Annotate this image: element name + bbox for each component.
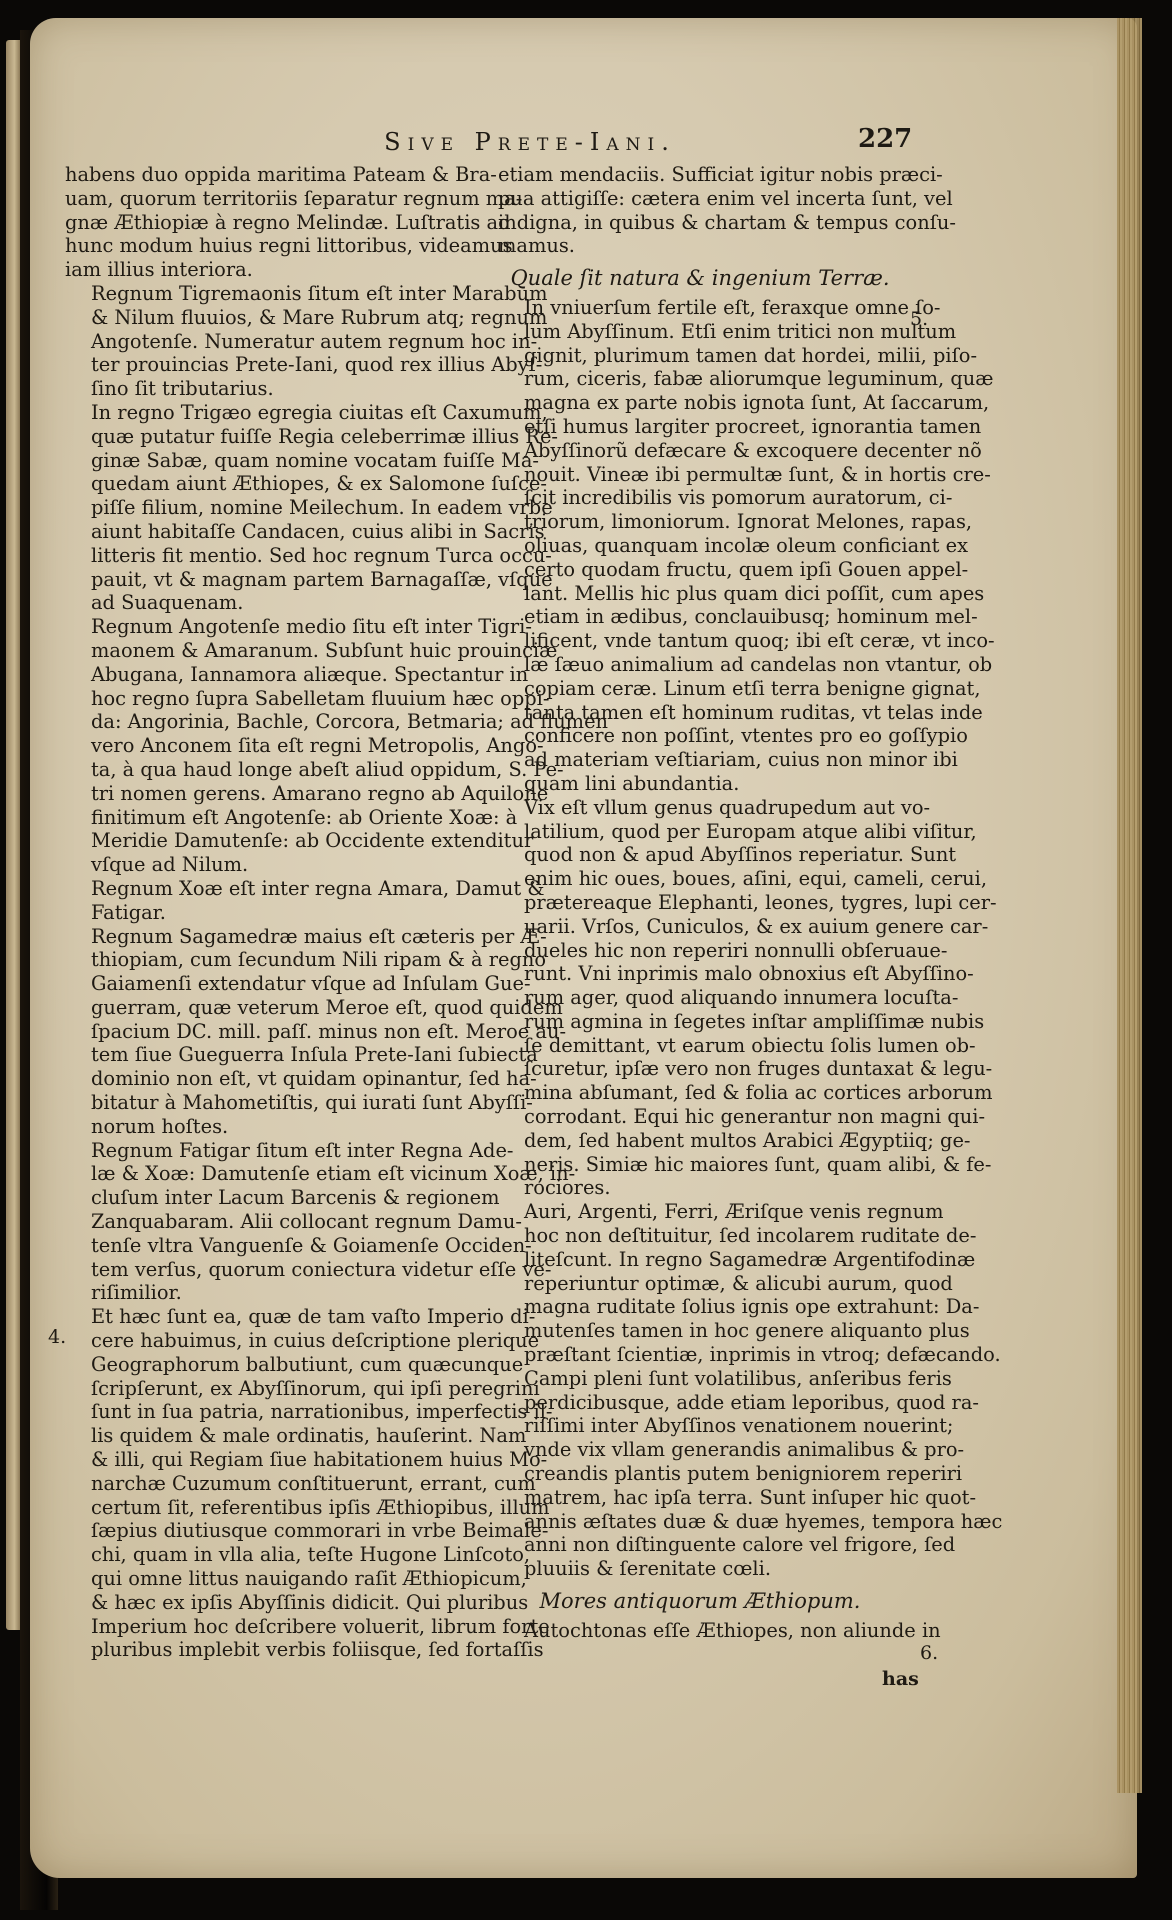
text-line: Regnum Sagamedræ maius eſt cæteris per Æ… — [65, 925, 465, 949]
text-line: tri nomen gerens. Amarano regno ab Aquil… — [65, 782, 465, 806]
text-line: hoc non deſtituitur, ſed incolarem rudit… — [498, 1224, 902, 1248]
text-line: & Nilum fluuios, & Mare Rubrum atq; regn… — [65, 306, 465, 330]
text-line: maonem & Amaranum. Subſunt huic prouinci… — [65, 639, 465, 663]
text-line: hoc regno ſupra Sabelletam fluuium hæc o… — [65, 687, 465, 711]
text-line: aiunt habitaſſe Candacen, cuius alibi in… — [65, 520, 465, 544]
text-line: oliuas, quanquam incolæ oleum conficiant… — [498, 534, 902, 558]
text-line: vſque ad Nilum. — [65, 853, 465, 877]
text-line: Et hæc ſunt ea, quæ de tam vaſto Imperio… — [65, 1305, 465, 1329]
text-line: & illi, qui Regiam ſiue habitationem hui… — [65, 1448, 465, 1472]
paragraph: Auri, Argenti, Ferri, Æriſque venis regn… — [498, 1200, 902, 1367]
text-line: cere habuimus, in cuius deſcriptione ple… — [65, 1329, 465, 1353]
text-line: Vix eſt vllum genus quadrupedum aut vo- — [498, 796, 902, 820]
text-line: ter prouincias Prete-Iani, quod rex illi… — [65, 353, 465, 377]
text-line: triorum, limoniorum. Ignorat Melones, ra… — [498, 510, 902, 534]
text-line: læ & Xoæ: Damutenſe etiam eſt vicinum Xo… — [65, 1162, 465, 1186]
text-line: indigna, in quibus & chartam & tempus co… — [498, 211, 902, 235]
text-line: Regnum Xoæ eſt inter regna Amara, Damut … — [65, 877, 465, 901]
text-line: litteris fit mentio. Sed hoc regnum Turc… — [65, 544, 465, 568]
text-line: uarii. Vrſos, Cuniculos, & ex auium gene… — [498, 915, 902, 939]
page-fore-edge — [1117, 18, 1142, 1793]
text-line: reperiuntur optimæ, & alicubi aurum, quo… — [498, 1272, 902, 1296]
text-line: guerram, quæ veterum Meroe eſt, quod qui… — [65, 996, 465, 1020]
paragraph: Regnum Tigremaonis ſitum eſt inter Marab… — [65, 282, 465, 401]
paragraph: Regnum Fatigar ſitum eſt inter Regna Ade… — [65, 1139, 465, 1306]
text-line: bitatur à Mahometiſtis, qui iurati ſunt … — [65, 1091, 465, 1115]
text-line: matrem, hac ipſa terra. Sunt inſuper hic… — [498, 1486, 902, 1510]
marginal-number-6: 6. — [920, 1642, 938, 1664]
text-line: creandis plantis putem benigniorem reper… — [498, 1462, 902, 1486]
text-line: ad Suaquenam. — [65, 591, 465, 615]
text-line: Regnum Tigremaonis ſitum eſt inter Marab… — [65, 282, 465, 306]
text-line: norum hoſtes. — [65, 1115, 465, 1139]
text-line: riſimilior. — [65, 1281, 465, 1305]
text-line: vero Anconem ſita eſt regni Metropolis, … — [65, 734, 465, 758]
text-line: Regnum Fatigar ſitum eſt inter Regna Ade… — [65, 1139, 465, 1163]
text-line: etſi humus largiter procreet, ignorantia… — [498, 415, 902, 439]
text-line: ſpacium DC. mill. paſſ. minus non eſt. M… — [65, 1020, 465, 1044]
text-line: lificent, vnde tantum quoq; ibi eſt ceræ… — [498, 629, 902, 653]
paragraph: Et hæc ſunt ea, quæ de tam vaſto Imperio… — [65, 1305, 465, 1662]
text-line: copiam ceræ. Linum etſi terra benigne gi… — [498, 677, 902, 701]
text-line: perdicibusque, adde etiam leporibus, quo… — [498, 1391, 902, 1415]
text-line: pauit, vt & magnam partem Barnagaſſæ, vſ… — [65, 568, 465, 592]
text-line: Meridie Damutenſe: ab Occidente extendit… — [65, 829, 465, 853]
text-line: ſunt in ſua patria, narrationibus, imper… — [65, 1400, 465, 1424]
text-line: habens duo oppida maritima Pateam & Bra- — [65, 163, 465, 187]
text-line: præſtant ſcientiæ, inprimis in vtroq; de… — [498, 1343, 902, 1367]
text-line: magna ex parte nobis ignota ſunt, At ſac… — [498, 391, 902, 415]
text-line: hunc modum huius regni littoribus, videa… — [65, 234, 465, 258]
text-line: rum agmina in ſegetes inſtar ampliſſimæ … — [498, 1010, 902, 1034]
text-line: Abugana, Iannamora aliæque. Spectantur i… — [65, 663, 465, 687]
text-line: mutenſes tamen in hoc genere aliquanto p… — [498, 1319, 902, 1343]
text-line: neris. Simiæ hic maiores ſunt, quam alib… — [498, 1153, 902, 1177]
text-line: prætereaque Elephanti, leones, tygres, l… — [498, 891, 902, 915]
previous-page-edge — [6, 40, 20, 1630]
paragraph: Autochtonas eſſe Æthiopes, non aliunde i… — [498, 1619, 902, 1643]
text-line: mamus. — [498, 234, 902, 258]
text-line: quod non & apud Abyſſinos reperiatur. Su… — [498, 843, 902, 867]
text-line: tem verſus, quorum coniectura videtur eſ… — [65, 1258, 465, 1282]
text-line: quæ putatur fuiſſe Regia celeberrimæ ill… — [65, 425, 465, 449]
paragraph: In regno Trigæo egregia ciuitas eſt Caxu… — [65, 401, 465, 615]
text-line: ginæ Sabæ, quam nomine vocatam fuiſſe Ma… — [65, 449, 465, 473]
section-heading: Quale ſit natura & ingenium Terræ. — [498, 267, 902, 291]
text-line: ſcit incredibilis vis pomorum auratorum,… — [498, 486, 902, 510]
text-line: lant. Mellis hic plus quam dici poſſit, … — [498, 582, 902, 606]
text-line: ſæpius diutiusque commorari in vrbe Beim… — [65, 1519, 465, 1543]
text-line: Autochtonas eſſe Æthiopes, non aliunde i… — [498, 1619, 902, 1643]
text-line: tanta tamen eſt hominum ruditas, vt tela… — [498, 701, 902, 725]
paragraph: Campi pleni ſunt volatilibus, anſeribus … — [498, 1367, 902, 1581]
text-line: tem ſiue Gueguerra Inſula Prete-Iani ſub… — [65, 1043, 465, 1067]
text-line: & hæc ex ipſis Abyſſinis didicit. Qui pl… — [65, 1591, 465, 1615]
text-line: Zanquabaram. Alii collocant regnum Damu- — [65, 1210, 465, 1234]
text-line: In regno Trigæo egregia ciuitas eſt Caxu… — [65, 401, 465, 425]
text-line: anni non diſtinguente calore vel frigore… — [498, 1533, 902, 1557]
text-line: certo quodam fructu, quem ipſi Gouen app… — [498, 558, 902, 582]
text-line: pluuiis & ſerenitate cœli. — [498, 1557, 902, 1581]
text-line: lum Abyſſinum. Etſi enim tritici non mul… — [498, 320, 902, 344]
text-line: conficere non poſſint, vtentes pro eo go… — [498, 724, 902, 748]
text-line: Imperium hoc deſcribere voluerit, librum… — [65, 1615, 465, 1639]
text-line: etiam mendaciis. Sufficiat igitur nobis … — [498, 163, 902, 187]
paragraph: Vix eſt vllum genus quadrupedum aut vo-l… — [498, 796, 902, 1201]
text-line: pua attigiſſe: cætera enim vel incerta ſ… — [498, 187, 902, 211]
right-column: etiam mendaciis. Sufficiat igitur nobis … — [498, 163, 902, 1643]
text-line: pluribus implebit verbis foliisque, ſed … — [65, 1638, 465, 1662]
text-line: Regnum Angotenſe medio ſitu eſt inter Ti… — [65, 615, 465, 639]
text-line: finitimum eſt Angotenſe: ab Oriente Xoæ:… — [65, 806, 465, 830]
text-line: latilium, quod per Europam atque alibi v… — [498, 820, 902, 844]
text-line: Geographorum balbutiunt, cum quæcunque — [65, 1353, 465, 1377]
text-line: dominio non eſt, vt quidam opinantur, ſe… — [65, 1067, 465, 1091]
text-line: quam lini abundantia. — [498, 772, 902, 796]
text-line: ſcuretur, ipſæ vero non fruges duntaxat … — [498, 1057, 902, 1081]
text-line: lis quidem & male ordinatis, hauſerint. … — [65, 1424, 465, 1448]
text-line: ad materiam veſtiariam, cuius non minor … — [498, 748, 902, 772]
text-line: In vniuerſum fertile eſt, feraxque omne … — [498, 296, 902, 320]
text-line: uam, quorum territoriis ſeparatur regnum… — [65, 187, 465, 211]
left-column: habens duo oppida maritima Pateam & Bra-… — [65, 163, 465, 1662]
text-line: ſino ſit tributarius. — [65, 377, 465, 401]
text-line: certum ſit, referentibus ipſis Æthiopibu… — [65, 1496, 465, 1520]
text-line: quedam aiunt Æthiopes, & ex Salomone ſuſ… — [65, 472, 465, 496]
text-line: gnæ Æthiopiæ à regno Melindæ. Luſtratis … — [65, 211, 465, 235]
text-line: tenſe vltra Vanguenſe & Goiamenſe Occide… — [65, 1234, 465, 1258]
text-line: riſſimi inter Abyſſinos venationem nouer… — [498, 1414, 902, 1438]
text-line: etiam in ædibus, conclauibusq; hominum m… — [498, 605, 902, 629]
text-line: thiopiam, cum ſecundum Nili ripam & à re… — [65, 948, 465, 972]
text-line: Gaiamenſi extendatur vſque ad Inſulam Gu… — [65, 972, 465, 996]
text-line: ta, à qua haud longe abeſt aliud oppidum… — [65, 758, 465, 782]
section-heading: Mores antiquorum Æthiopum. — [498, 1590, 902, 1614]
marginal-number-5: 5. — [910, 308, 928, 330]
text-line: dueles hic non reperiri nonnulli obſerua… — [498, 939, 902, 963]
page-number: 227 — [858, 124, 912, 154]
text-line: Fatigar. — [65, 901, 465, 925]
paragraph: etiam mendaciis. Sufficiat igitur nobis … — [498, 163, 902, 258]
marginal-number-4: 4. — [48, 1326, 66, 1348]
running-head: Sive Prete-Iani. — [330, 128, 730, 156]
paragraph: Regnum Xoæ eſt inter regna Amara, Damut … — [65, 877, 465, 925]
text-line: runt. Vni inprimis malo obnoxius eſt Aby… — [498, 962, 902, 986]
text-line: læ ſæuo animalium ad candelas non vtantu… — [498, 653, 902, 677]
text-line: Campi pleni ſunt volatilibus, anſeribus … — [498, 1367, 902, 1391]
text-line: annis æſtates duæ & duæ hyemes, tempora … — [498, 1510, 902, 1534]
text-line: gignit, plurimum tamen dat hordei, milii… — [498, 344, 902, 368]
text-line: Auri, Argenti, Ferri, Æriſque venis regn… — [498, 1200, 902, 1224]
text-line: cluſum inter Lacum Barcenis & regionem — [65, 1186, 465, 1210]
text-line: ſcripſerunt, ex Abyſſinorum, qui ipſi pe… — [65, 1377, 465, 1401]
text-line: chi, quam in vlla alia, teſte Hugone Lin… — [65, 1543, 465, 1567]
paragraph: Regnum Angotenſe medio ſitu eſt inter Ti… — [65, 615, 465, 877]
text-line: corrodant. Equi hic generantur non magni… — [498, 1105, 902, 1129]
catchword: has — [882, 1668, 919, 1690]
text-line: da: Angorinia, Bachle, Corcora, Betmaria… — [65, 710, 465, 734]
text-line: narchæ Cuzumum conſtituerunt, errant, cu… — [65, 1472, 465, 1496]
text-line: Abyſſinorũ defæcare & excoquere decenter… — [498, 439, 902, 463]
text-line: iam illius interiora. — [65, 258, 465, 282]
text-line: vnde vix vllam generandis animalibus & p… — [498, 1438, 902, 1462]
text-line: magna ruditate ſolius ignis ope extrahun… — [498, 1295, 902, 1319]
text-line: liteſcunt. In regno Sagamedræ Argentifod… — [498, 1248, 902, 1272]
text-line: rum, ciceris, fabæ aliorumque leguminum,… — [498, 367, 902, 391]
paragraph: Regnum Sagamedræ maius eſt cæteris per Æ… — [65, 925, 465, 1139]
text-line: nouit. Vineæ ibi permultæ ſunt, & in hor… — [498, 463, 902, 487]
text-line: rociores. — [498, 1176, 902, 1200]
text-line: rum ager, quod aliquando innumera locuſt… — [498, 986, 902, 1010]
text-line: mina abſumant, ſed & folia ac cortices a… — [498, 1081, 902, 1105]
text-line: piſſe filium, nomine Meilechum. In eadem… — [65, 496, 465, 520]
text-line: enim hic oues, boues, aſini, equi, camel… — [498, 867, 902, 891]
text-line: qui omne littus nauigando raſit Æthiopic… — [65, 1567, 465, 1591]
text-line: Angotenſe. Numeratur autem regnum hoc in… — [65, 330, 465, 354]
text-line: ſe demittant, vt earum obiectu ſolis lum… — [498, 1034, 902, 1058]
text-line: dem, ſed habent multos Arabici Ægyptiiq;… — [498, 1129, 902, 1153]
paragraph: In vniuerſum fertile eſt, feraxque omne … — [498, 296, 902, 796]
paragraph: habens duo oppida maritima Pateam & Bra-… — [65, 163, 465, 282]
